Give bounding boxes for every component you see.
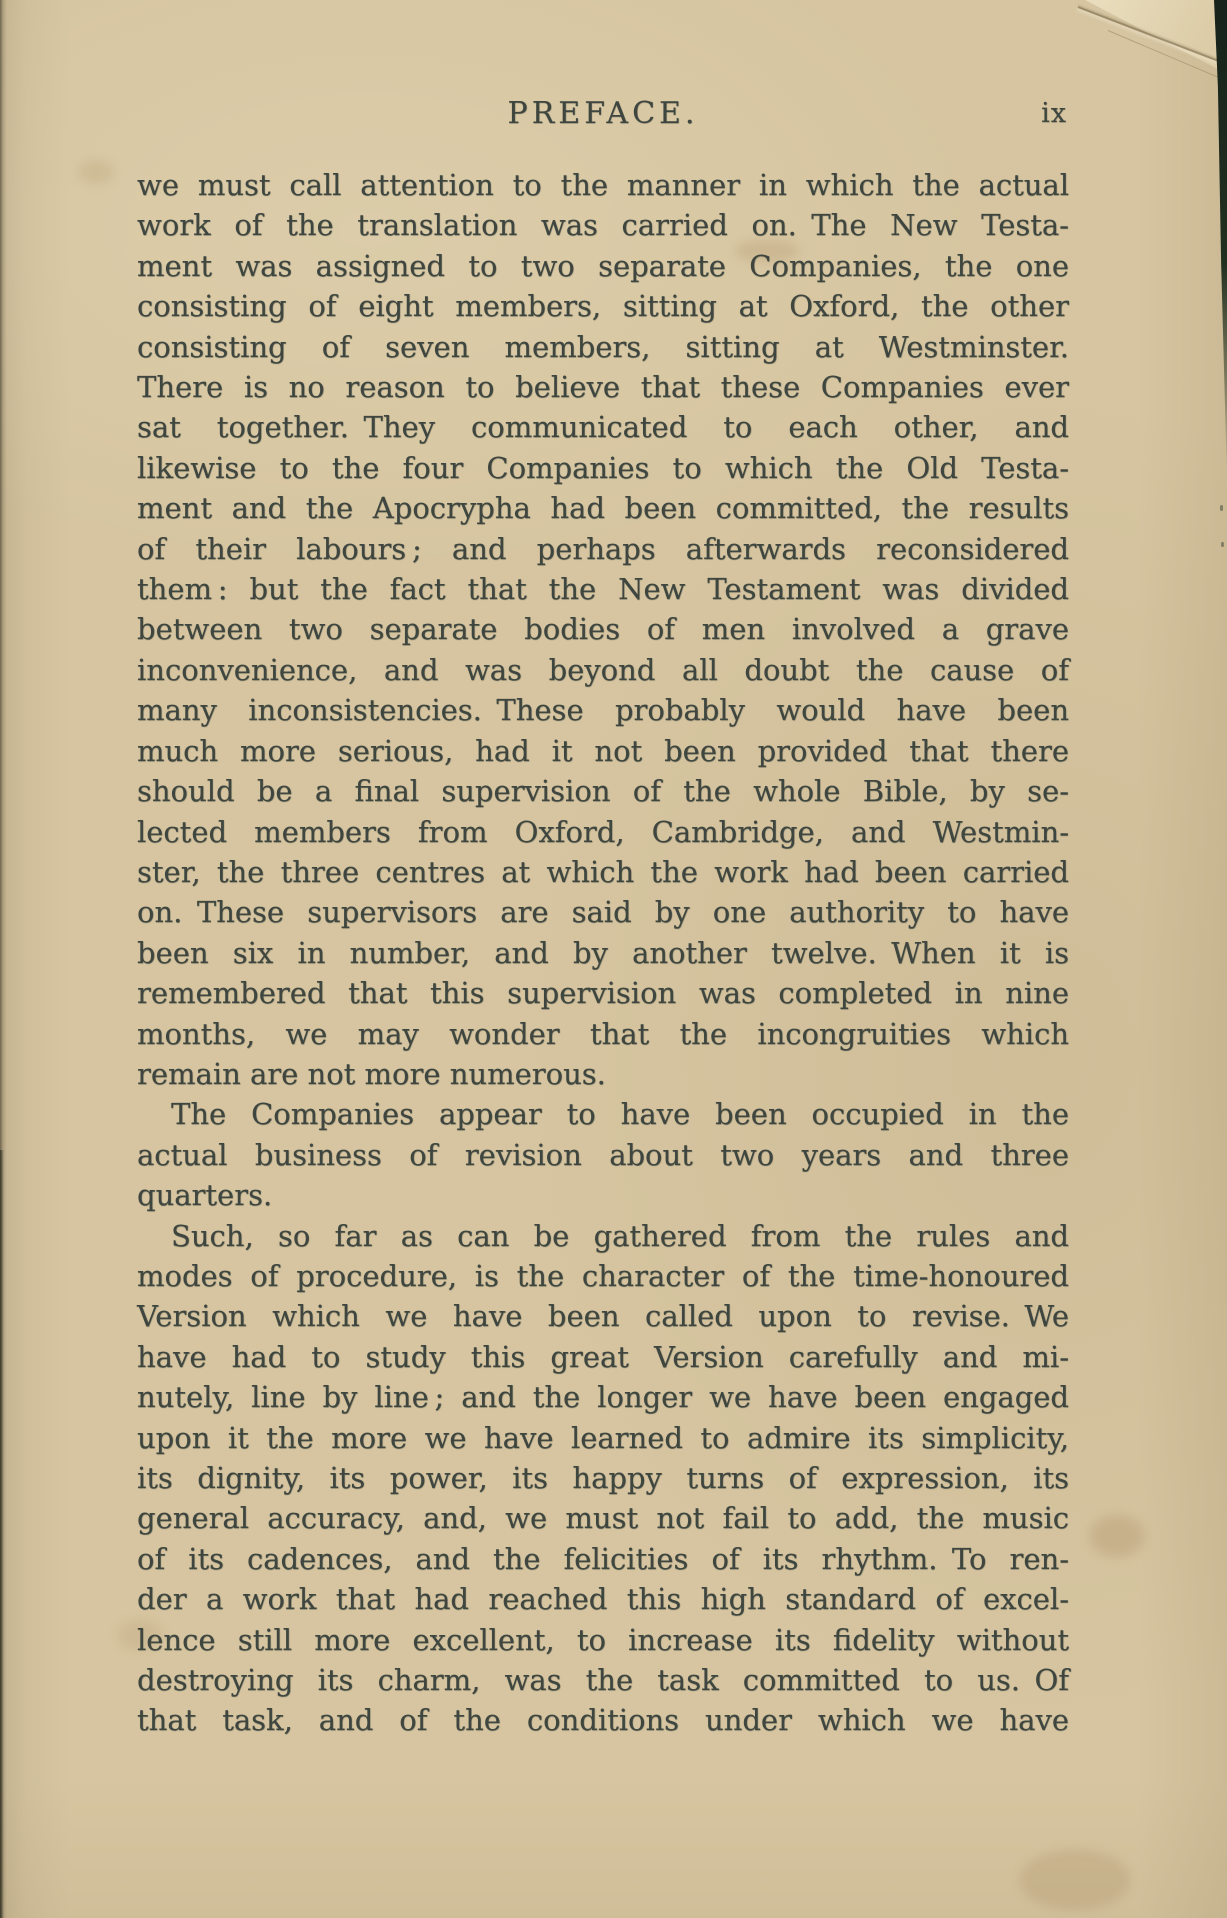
text-line: ment was assigned to two separate Compan… xyxy=(137,246,1069,286)
paper-stain xyxy=(1090,1515,1144,1557)
text-line: its dignity, its power, its happy turns … xyxy=(137,1458,1069,1498)
text-line: we must call attention to the manner in … xyxy=(137,165,1069,205)
text-line: inconvenience, and was beyond all doubt … xyxy=(137,650,1069,690)
text-line: been six in number, and by another twelv… xyxy=(137,933,1069,973)
text-line: There is no reason to believe that these… xyxy=(137,367,1069,407)
text-line: The Companies appear to have been occupi… xyxy=(137,1094,1069,1134)
text-line: lected members from Oxford, Cambridge, a… xyxy=(137,812,1069,852)
text-line: between two separate bodies of men invol… xyxy=(137,609,1069,649)
page-number: ix xyxy=(1041,98,1067,129)
text-line: should be a final supervision of the who… xyxy=(137,771,1069,811)
text-line: lence still more excellent, to increase … xyxy=(137,1620,1069,1660)
text-line: upon it the more we have learned to admi… xyxy=(137,1418,1069,1458)
text-line: likewise to the four Companies to which … xyxy=(137,448,1069,488)
paper-stain xyxy=(78,160,114,184)
text-line: many inconsistencies. These probably wou… xyxy=(137,690,1069,730)
text-line: of its cadences, and the felicities of i… xyxy=(137,1539,1069,1579)
scan-background-edge xyxy=(1214,0,1227,480)
text-line: ster, the three centres at which the wor… xyxy=(137,852,1069,892)
page-header: PREFACE. ix xyxy=(137,96,1069,136)
ink-speck xyxy=(1220,505,1223,511)
text-line: modes of procedure, is the character of … xyxy=(137,1256,1069,1296)
text-line: consisting of seven members, sitting at … xyxy=(137,327,1069,367)
text-line: them : but the fact that the New Testame… xyxy=(137,569,1069,609)
text-line: consisting of eight members, sitting at … xyxy=(137,286,1069,326)
text-line: general accuracy, and, we must not fail … xyxy=(137,1498,1069,1538)
text-line: sat together. They communicated to each … xyxy=(137,407,1069,447)
text-line: remembered that this supervision was com… xyxy=(137,973,1069,1013)
text-line: work of the translation was carried on. … xyxy=(137,205,1069,245)
text-line: destroying its charm, was the task commi… xyxy=(137,1660,1069,1700)
text-line: much more serious, had it not been provi… xyxy=(137,731,1069,771)
text-line: ment and the Apocrypha had been committe… xyxy=(137,488,1069,528)
text-line: that task, and of the conditions under w… xyxy=(137,1700,1069,1740)
text-line: have had to study this great Version car… xyxy=(137,1337,1069,1377)
text-line: remain are not more numerous. xyxy=(137,1054,1069,1094)
text-line: of their labours ; and perhaps afterward… xyxy=(137,529,1069,569)
text-line: Such, so far as can be gathered from the… xyxy=(137,1216,1069,1256)
text-line: actual business of revision about two ye… xyxy=(137,1135,1069,1175)
text-line: on. These supervisors are said by one au… xyxy=(137,892,1069,932)
text-line: months, we may wonder that the incongrui… xyxy=(137,1014,1069,1054)
book-page: PREFACE. ix we must call attention to th… xyxy=(0,0,1227,1918)
text-line: nutely, line by line ; and the longer we… xyxy=(137,1377,1069,1417)
page-title: PREFACE. xyxy=(137,96,1069,131)
text-line: Version which we have been called upon t… xyxy=(137,1296,1069,1336)
page-left-edge-shadow xyxy=(0,1150,4,1918)
page-body: we must call attention to the manner in … xyxy=(137,165,1069,1741)
text-line: quarters. xyxy=(137,1175,1069,1215)
ink-speck xyxy=(1221,542,1224,547)
paper-stain xyxy=(1020,1850,1130,1910)
text-line: der a work that had reached this high st… xyxy=(137,1579,1069,1619)
